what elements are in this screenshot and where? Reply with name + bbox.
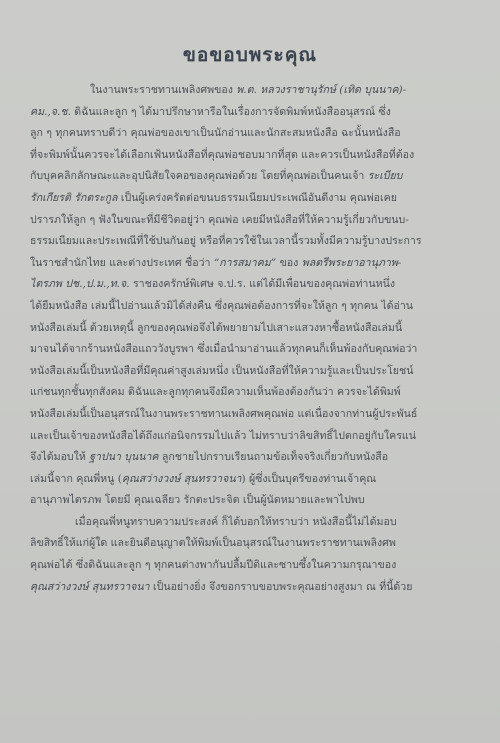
text-run: อานุภาพไตรภพ โดยมี คุณเฉลียว รักตะประจิต… <box>30 494 365 506</box>
text-line: รักเกียรติ รักตระกูล เป็นผู้เคร่งครัดต่อ… <box>30 188 472 210</box>
text-line: ธรรมเนียมและประเพณีที่ใช้ปนกันอยู่ หรือท… <box>30 231 472 253</box>
text-run: ลิขสิทธิ์ให้แก่ผู้ใด และยินดีอนุญาตให้พิ… <box>30 537 396 549</box>
text-line: ในงานพระราชทานเพลิงศพของ พ.ต. หลวงราชานุ… <box>30 80 472 102</box>
italic-name-run: รักเกียรติ รักตระกูล <box>30 192 118 204</box>
text-line: ปรารภให้ลูก ๆ ฟังในขณะที่มีชีวิตอยู่ว่า … <box>30 210 472 232</box>
text-line: ลิขสิทธิ์ให้แก่ผู้ใด และยินดีอนุญาตให้พิ… <box>30 533 472 555</box>
text-run: ของ <box>276 257 302 269</box>
italic-name-run: ระเบียบ <box>368 170 403 182</box>
text-run: ธรรมเนียมและประเพณีที่ใช้ปนกันอยู่ หรือท… <box>30 235 422 247</box>
text-run: จึงได้มอบให้ <box>30 451 89 463</box>
text-run: เป็นผู้เคร่งครัดต่อขนบธรรมเนียมประเพณีอั… <box>118 192 397 204</box>
text-line: คม.,จ.ช. ดิฉันและลูก ๆ ได้มาปรึกษาหารือใ… <box>30 102 472 124</box>
text-run: ลูก ๆ ทุกคนทราบดีว่า คุณพ่อของเขาเป็นนัก… <box>30 127 401 139</box>
text-line: เมื่อคุณพี่หนูทราบความประสงค์ ก็ได้บอกให… <box>30 512 472 534</box>
text-line: คุณสว่างวงษ์ สุนทรวาจนา เป็นอย่างยิ่ง จึ… <box>30 577 472 599</box>
text-run: มาจนได้จากร้านหนังสือแถววังบูรพา ซึ่งเมื… <box>30 343 417 355</box>
text-line: ในราชสำนักไทย และต่างประเทศ ชื่อว่า “การ… <box>30 253 472 275</box>
text-run: แก่ชนทุกชั้นทุกสังคม ดิฉันและลูกทุกคนจึง… <box>30 386 401 398</box>
text-run: เมื่อคุณพี่หนูทราบความประสงค์ ก็ได้บอกให… <box>75 516 397 528</box>
text-run: ได้ยืมหนังสือ เล่มนี้ไปอ่านแล้วมิได้ส่งค… <box>30 300 413 312</box>
text-line: อานุภาพไตรภพ โดยมี คุณเฉลียว รักตะประจิต… <box>30 490 472 512</box>
italic-name-run: คม.,จ.ช. <box>30 106 71 118</box>
text-run: เป็นอย่างยิ่ง จึงขอกราบขอบพระคุณอย่างสูง… <box>150 581 413 593</box>
text-line: มาจนได้จากร้านหนังสือแถววังบูรพา ซึ่งเมื… <box>30 339 472 361</box>
text-run: หนังสือเล่มนี้เป็นอนุสรณ์ในงานพระราชทานเ… <box>30 408 417 420</box>
italic-name-run: คุณสว่างวงษ์ สุนทรวาจนา <box>30 581 150 593</box>
text-line: คุณพ่อได้ ซึ่งดิฉันและลูก ๆ ทุกคนต่างพาก… <box>30 555 472 577</box>
text-run: และเป็นเจ้าของหนังสือได้ถึงแก่อนิจกรรมไป… <box>30 430 416 442</box>
text-run: หนังสือเล่มนี้ ด้วยเหตุนี้ ลูกของคุณพ่อจ… <box>30 322 402 334</box>
text-line: แก่ชนทุกชั้นทุกสังคม ดิฉันและลูกทุกคนจึง… <box>30 382 472 404</box>
text-run: ลูกชายไปกราบเรียนถามข้อเท็จจริงเกี่ยวกับ… <box>159 451 389 463</box>
text-run: คุณพ่อได้ ซึ่งดิฉันและลูก ๆ ทุกคนต่างพาก… <box>30 559 396 571</box>
text-run: กับบุคคลิกลักษณะและอุปนิสัยใจคอของคุณพ่อ… <box>30 170 368 182</box>
text-run: ราชองครักษ์พิเศษ จ.ป.ร. แต่ได้มีเพื่อนขอ… <box>130 278 395 290</box>
text-line: หนังสือเล่มนี้ ด้วยเหตุนี้ ลูกของคุณพ่อจ… <box>30 318 472 340</box>
text-line: กับบุคคลิกลักษณะและอุปนิสัยใจคอของคุณพ่อ… <box>30 166 472 188</box>
italic-name-run: พ.ต. หลวงราชานุรักษ์ (เทิด บุนนาค)- <box>236 84 406 96</box>
italic-name-run: คุณสว่างวงษ์ สุนทรวาจนา <box>122 473 242 485</box>
text-run: ในงานพระราชทานเพลิงศพของ <box>90 84 236 96</box>
text-run: ที่จะพิมพ์นั้นควรจะได้เลือกเฟ้นหนังสือที… <box>30 149 414 161</box>
text-run: ปรารภให้ลูก ๆ ฟังในขณะที่มีชีวิตอยู่ว่า … <box>30 214 409 226</box>
italic-name-run: “การสมาคม” <box>214 257 276 269</box>
text-line: จึงได้มอบให้ ฐาปนา บุนนาค ลูกชายไปกราบเร… <box>30 447 472 469</box>
scanned-page: ขอขอบพระคุณ ในงานพระราชทานเพลิงศพของ พ.ต… <box>0 0 500 743</box>
text-run: เล่มนี้จาก คุณพี่หนู ( <box>30 473 122 485</box>
text-line: เล่มนี้จาก คุณพี่หนู (คุณสว่างวงษ์ สุนทร… <box>30 469 472 491</box>
text-line: ที่จะพิมพ์นั้นควรจะได้เลือกเฟ้นหนังสือที… <box>30 145 472 167</box>
text-line: และเป็นเจ้าของหนังสือได้ถึงแก่อนิจกรรมไป… <box>30 426 472 448</box>
text-line: ได้ยืมหนังสือ เล่มนี้ไปอ่านแล้วมิได้ส่งค… <box>30 296 472 318</box>
italic-name-run: ฐาปนา บุนนาค <box>89 451 158 463</box>
page-title: ขอขอบพระคุณ <box>0 40 500 70</box>
text-line: หนังสือเล่มนี้เป็นอนุสรณ์ในงานพระราชทานเ… <box>30 404 472 426</box>
text-run: ในราชสำนักไทย และต่างประเทศ ชื่อว่า <box>30 257 214 269</box>
text-run: ) ผู้ซึ่งเป็นบุตรีของท่านเจ้าคุณ <box>242 473 377 485</box>
acknowledgment-body: ในงานพระราชทานเพลิงศพของ พ.ต. หลวงราชานุ… <box>30 80 472 598</box>
text-run: ดิฉันและลูก ๆ ได้มาปรึกษาหารือในเรื่องกา… <box>71 106 391 118</box>
italic-name-run: พลตรีพระยาอานุภาพ- <box>302 257 402 269</box>
text-line: ลูก ๆ ทุกคนทราบดีว่า คุณพ่อของเขาเป็นนัก… <box>30 123 472 145</box>
text-line: ไตรภพ ปช.,ป.ม.,ท.จ. ราชองครักษ์พิเศษ จ.ป… <box>30 274 472 296</box>
italic-name-run: ไตรภพ ปช.,ป.ม.,ท.จ. <box>30 278 130 290</box>
text-line: หนังสือเล่มนี้เป็นหนังสือที่มีคุณค่าสูงเ… <box>30 361 472 383</box>
text-run: หนังสือเล่มนี้เป็นหนังสือที่มีคุณค่าสูงเ… <box>30 365 413 377</box>
